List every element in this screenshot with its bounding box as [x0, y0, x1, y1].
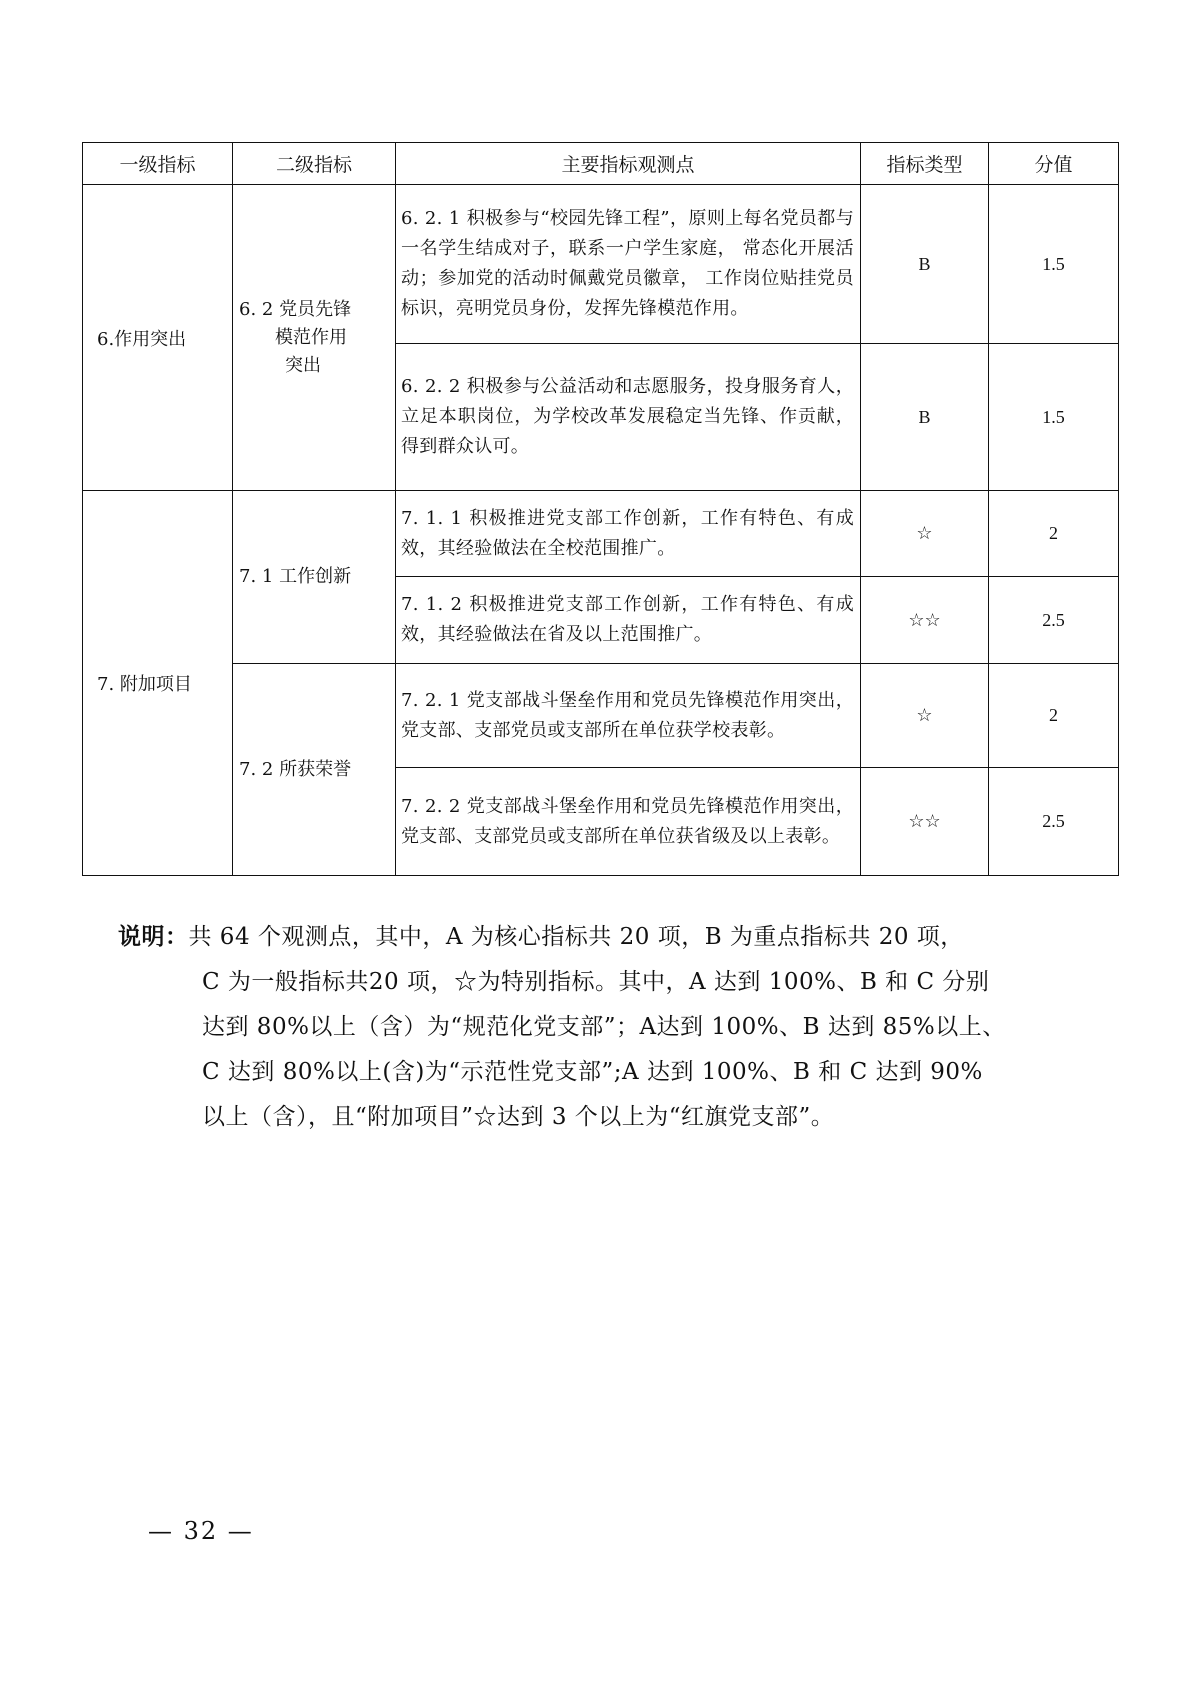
header-level1: 一级指标 [83, 143, 233, 185]
score-cell: 2.5 [989, 577, 1119, 664]
table-header-row: 一级指标 二级指标 主要指标观测点 指标类型 分值 [83, 143, 1119, 185]
level2-line: 6. 2 党员先锋 [239, 296, 395, 324]
level2-line: 突出 [239, 352, 395, 380]
observation-cell: 7. 2. 2 党支部战斗堡垒作用和党员先锋模范作用突出，党支部、支部党员或支部… [396, 768, 861, 876]
type-cell: B [861, 344, 989, 491]
score-cell: 2.5 [989, 768, 1119, 876]
type-cell: ☆☆ [861, 768, 989, 876]
type-cell: ☆ [861, 664, 989, 768]
notes-line: 以上（含），且“附加项目”☆达到 3 个以上为“红旗党支部”。 [118, 1095, 1058, 1140]
score-cell: 2 [989, 491, 1119, 577]
level2-line: 7. 1 工作创新 [239, 563, 395, 591]
level1-cell: 7. 附加项目 [83, 491, 233, 876]
score-cell: 1.5 [989, 344, 1119, 491]
observation-cell: 7. 2. 1 党支部战斗堡垒作用和党员先锋模范作用突出，党支部、支部党员或支部… [396, 664, 861, 768]
notes-text: 共 64 个观测点，其中，A 为核心指标共 20 项，B 为重点指标共 20 项… [189, 924, 964, 950]
header-type: 指标类型 [861, 143, 989, 185]
level1-cell: 6.作用突出 [83, 185, 233, 491]
level2-cell: 6. 2 党员先锋 模范作用 突出 [233, 185, 396, 491]
score-cell: 1.5 [989, 185, 1119, 344]
level2-cell: 7. 1 工作创新 [233, 491, 396, 664]
level2-line: 模范作用 [239, 324, 395, 352]
notes-line: C 为一般指标共20 项，☆为特别指标。其中，A 达到 100%、B 和 C 分… [118, 960, 1058, 1005]
table-row: 7. 2 所获荣誉 7. 2. 1 党支部战斗堡垒作用和党员先锋模范作用突出，党… [83, 664, 1119, 768]
notes-line: 说明：共 64 个观测点，其中，A 为核心指标共 20 项，B 为重点指标共 2… [118, 915, 1058, 960]
level2-cell: 7. 2 所获荣誉 [233, 664, 396, 876]
observation-cell: 6. 2. 2 积极参与公益活动和志愿服务，投身服务育人，立足本职岗位，为学校改… [396, 344, 861, 491]
score-cell: 2 [989, 664, 1119, 768]
evaluation-index-table: 一级指标 二级指标 主要指标观测点 指标类型 分值 6.作用突出 6. 2 党员… [82, 142, 1119, 876]
observation-cell: 7. 1. 2 积极推进党支部工作创新，工作有特色、有成效，其经验做法在省及以上… [396, 577, 861, 664]
level2-line: 7. 2 所获荣誉 [239, 756, 395, 784]
type-cell: ☆ [861, 491, 989, 577]
type-cell: ☆☆ [861, 577, 989, 664]
type-cell: B [861, 185, 989, 344]
notes-section: 说明：共 64 个观测点，其中，A 为核心指标共 20 项，B 为重点指标共 2… [118, 915, 1058, 1140]
notes-line: C 达到 80%以上(含)为“示范性党支部”;A 达到 100%、B 和 C 达… [118, 1050, 1058, 1095]
observation-cell: 6. 2. 1 积极参与“校园先锋工程”，原则上每名党员都与一名学生结成对子，联… [396, 185, 861, 344]
table-row: 7. 附加项目 7. 1 工作创新 7. 1. 1 积极推进党支部工作创新，工作… [83, 491, 1119, 577]
header-level2: 二级指标 [233, 143, 396, 185]
header-score: 分值 [989, 143, 1119, 185]
observation-cell: 7. 1. 1 积极推进党支部工作创新，工作有特色、有成效，其经验做法在全校范围… [396, 491, 861, 577]
header-observation: 主要指标观测点 [396, 143, 861, 185]
page-number: — 32 — [148, 1517, 254, 1545]
table-row: 6.作用突出 6. 2 党员先锋 模范作用 突出 6. 2. 1 积极参与“校园… [83, 185, 1119, 344]
notes-line: 达到 80%以上（含）为“规范化党支部”；A达到 100%、B 达到 85%以上… [118, 1005, 1058, 1050]
notes-label: 说明： [118, 924, 189, 950]
